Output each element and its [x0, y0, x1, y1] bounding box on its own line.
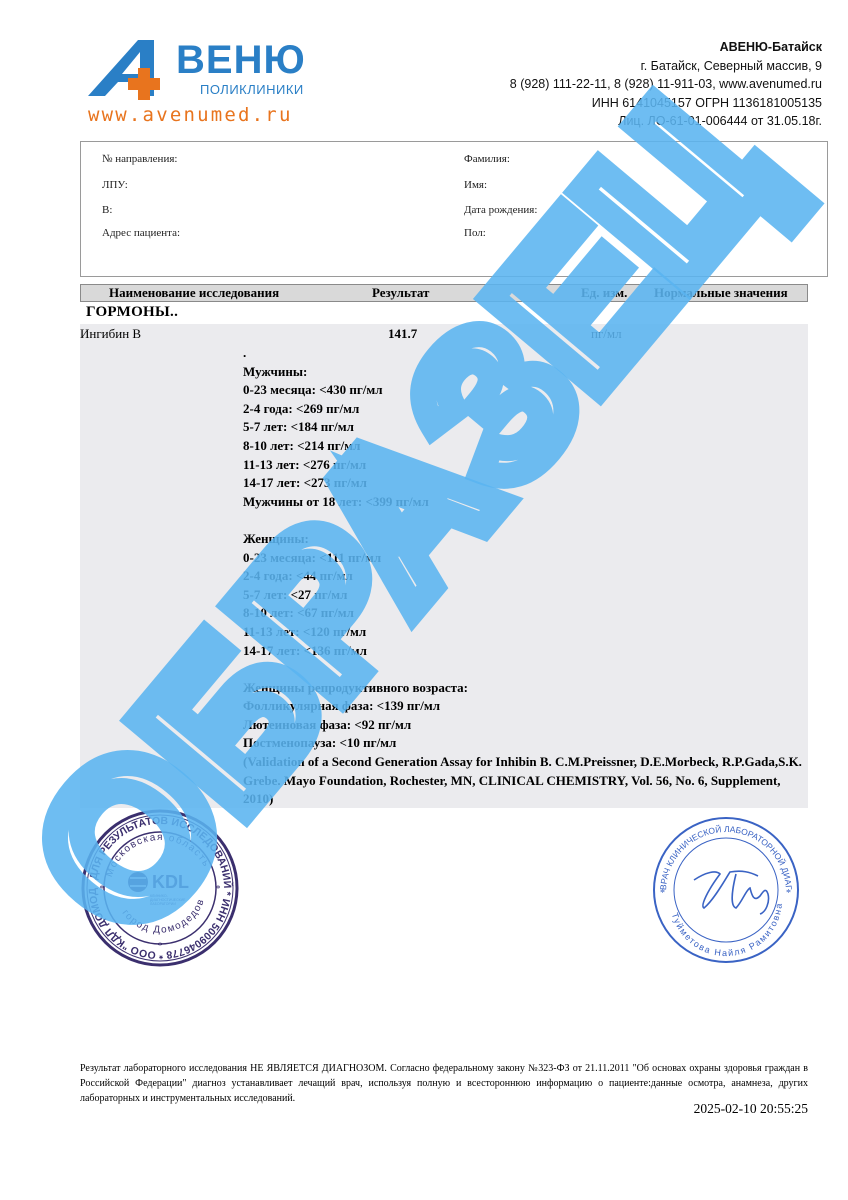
clinic-logo: ВЕНЮ ПОЛИКЛИНИКИ www.avenumed.ru	[88, 38, 308, 126]
reference-line: 5-7 лет: <184 пг/мл	[243, 418, 803, 437]
reference-values: .Мужчины:0-23 месяца: <430 пг/мл2-4 года…	[243, 344, 803, 809]
reference-line: 8-10 лет: <67 пг/мл	[243, 604, 803, 623]
reference-line: Мужчины:	[243, 363, 803, 382]
clinic-contacts: 8 (928) 111-22-11, 8 (928) 11-911-03, ww…	[510, 75, 822, 94]
logo-brand-text: ВЕНЮ	[176, 40, 306, 80]
reference-line: 14-17 лет: <136 пг/мл	[243, 642, 803, 661]
clinic-license: Лиц. ЛО-61-01-006444 от 31.05.18г.	[510, 112, 822, 131]
reference-line: 2-4 года: <269 пг/мл	[243, 400, 803, 419]
svg-text:ВРАЧ КЛИНИЧЕСКОЙ ЛАБОРАТОРНОЙ: ВРАЧ КЛИНИЧЕСКОЙ ЛАБОРАТОРНОЙ ДИАГНОСТИК…	[646, 810, 794, 890]
signature-icon	[694, 871, 769, 914]
sex-label: Пол:	[464, 227, 486, 239]
spacer	[243, 511, 803, 530]
svg-text:ЛАБОРАТОРИИ: ЛАБОРАТОРИИ	[150, 902, 176, 906]
spacer	[243, 660, 803, 679]
svg-text:*: *	[158, 941, 163, 952]
test-unit: пг/мл	[591, 326, 622, 342]
patient-address-label: Адрес пациента:	[102, 227, 180, 239]
first-name-label: Имя:	[464, 179, 487, 191]
section-title: ГОРМОНЫ..	[86, 304, 178, 321]
clinic-name: АВЕНЮ-Батайск	[510, 38, 822, 57]
birth-date-label: Дата рождения:	[464, 204, 537, 216]
reference-line: 5-7 лет: <27 пг/мл	[243, 586, 803, 605]
svg-text:*: *	[786, 888, 791, 899]
svg-text:*: *	[100, 884, 105, 895]
reference-line: 8-10 лет: <214 пг/мл	[243, 437, 803, 456]
logo-subtitle: ПОЛИКЛИНИКИ	[200, 82, 304, 97]
reference-line: Женщины:	[243, 530, 803, 549]
reference-line: Постменопауза: <10 пг/мл	[243, 734, 803, 753]
column-reference: Нормальные значения	[654, 285, 788, 301]
doctor-stamp-icon: ВРАЧ КЛИНИЧЕСКОЙ ЛАБОРАТОРНОЙ ДИАГНОСТИК…	[646, 810, 806, 970]
results-table-header: Наименование исследования Результат Ед. …	[80, 284, 808, 302]
reference-line: (Validation of a Second Generation Assay…	[243, 753, 803, 809]
reference-line: .	[243, 344, 803, 363]
reference-line: Лютеиновая фаза: <92 пг/мл	[243, 716, 803, 735]
referral-number-label: № направления:	[102, 153, 177, 165]
clinic-info: АВЕНЮ-Батайск г. Батайск, Северный масси…	[510, 38, 822, 131]
column-test-name: Наименование исследования	[109, 285, 279, 301]
clinic-address: г. Батайск, Северный массив, 9	[510, 57, 822, 76]
reference-line: 14-17 лет: <273 пг/мл	[243, 474, 803, 493]
svg-text:*: *	[660, 888, 665, 899]
print-timestamp: 2025-02-10 20:55:25	[694, 1101, 808, 1117]
lpu-label: ЛПУ:	[102, 179, 128, 191]
logo-url[interactable]: www.avenumed.ru	[88, 104, 293, 126]
reference-line: 0-23 месяца: <111 пг/мл	[243, 549, 803, 568]
lab-stamp-icon: ДЛЯ РЕЗУЛЬТАТОВ ИССЛЕДОВАНИЙ * ИНН 50090…	[80, 808, 240, 968]
clinic-registration: ИНН 6141045157 ОГРН 1136181005135	[510, 94, 822, 113]
v-label: В:	[102, 204, 112, 216]
column-result: Результат	[372, 285, 429, 301]
column-unit: Ед. изм.	[581, 285, 627, 301]
svg-text:KDL: KDL	[152, 872, 189, 892]
surname-label: Фамилия:	[464, 153, 510, 165]
disclaimer-text: Результат лабораторного исследования НЕ …	[80, 1061, 808, 1106]
reference-line: Мужчины от 18 лет: <399 пг/мл	[243, 493, 803, 512]
reference-line: 2-4 года: <44 пг/мл	[243, 567, 803, 586]
reference-line: 11-13 лет: <276 пг/мл	[243, 456, 803, 475]
test-result: 141.7	[388, 326, 417, 342]
patient-info-box: № направления: ЛПУ: В: Адрес пациента: Ф…	[80, 141, 828, 277]
reference-line: 0-23 месяца: <430 пг/мл	[243, 381, 803, 400]
test-name: Ингибин В	[80, 326, 141, 342]
reference-line: 11-13 лет: <120 пг/мл	[243, 623, 803, 642]
svg-text:*: *	[216, 884, 221, 895]
reference-line: Женщины репродуктивного возраста:	[243, 679, 803, 698]
avenu-logo-mark-icon	[88, 38, 178, 100]
reference-line: Фолликулярная фаза: <139 пг/мл	[243, 697, 803, 716]
